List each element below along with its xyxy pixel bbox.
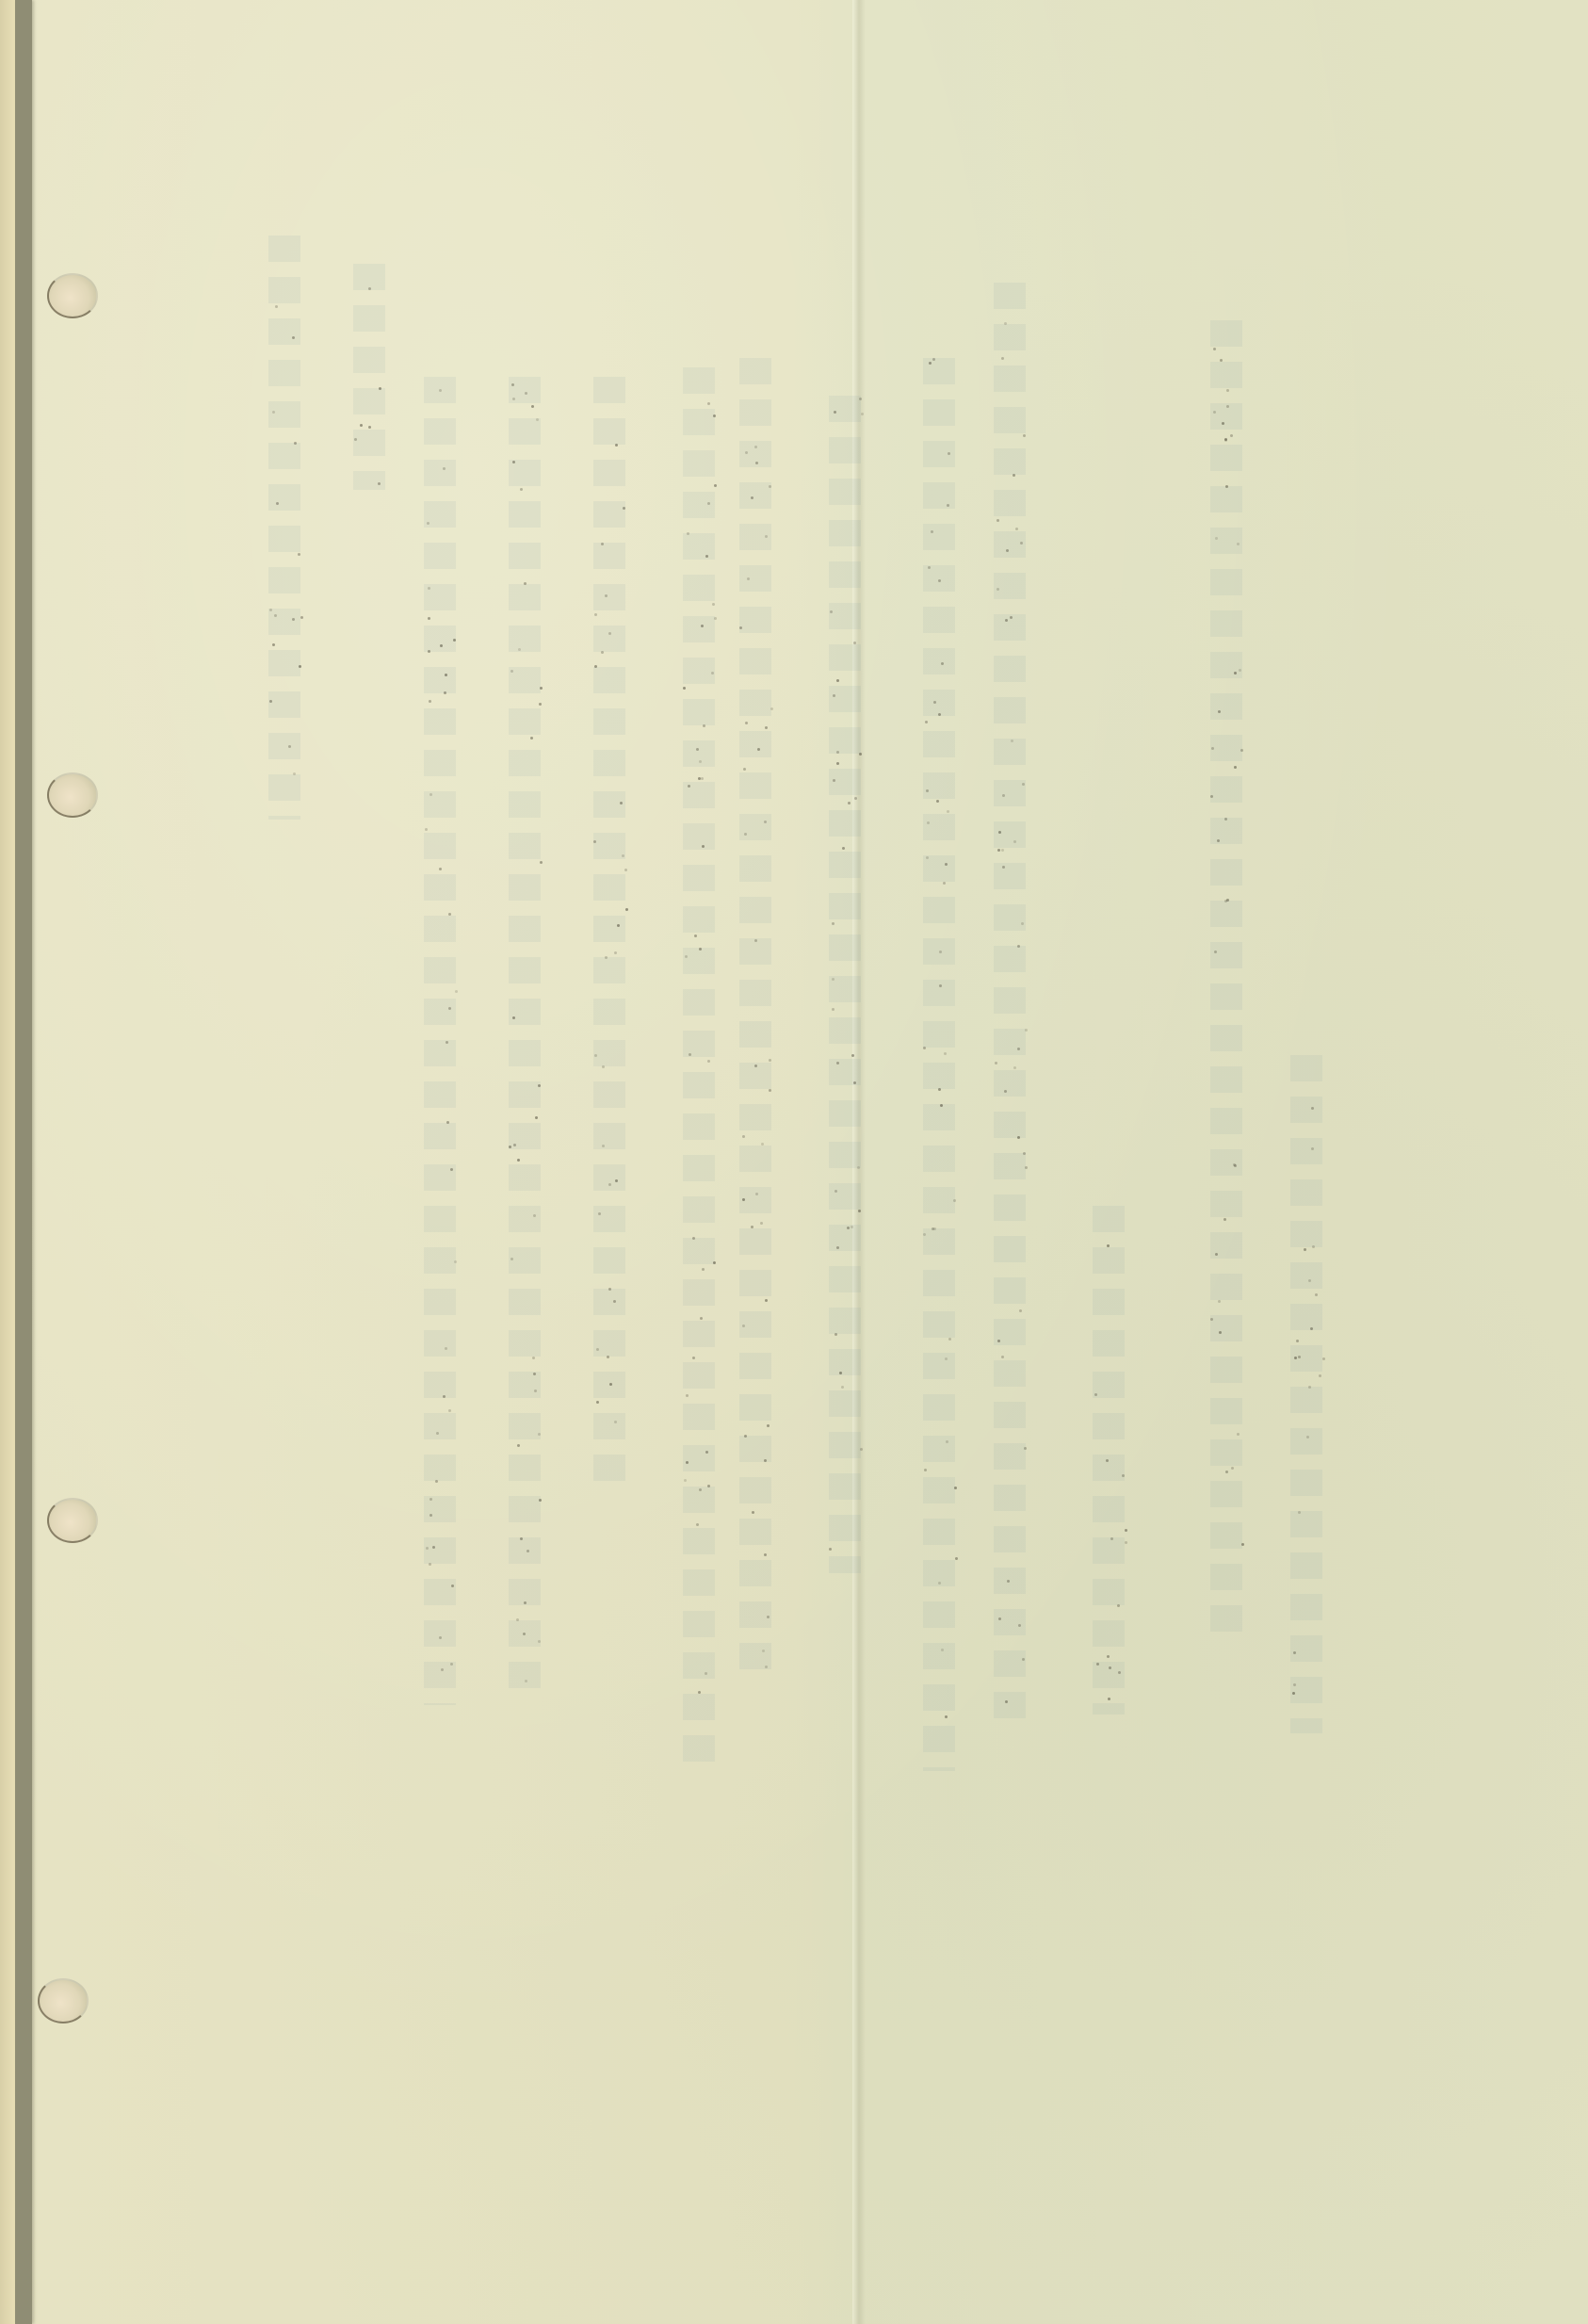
- paper-speck: [836, 1062, 839, 1064]
- paper-speck: [617, 924, 620, 927]
- paper-speck: [1025, 1166, 1028, 1169]
- paper-speck: [939, 951, 942, 953]
- paper-speck: [1013, 474, 1015, 477]
- paper-speck: [450, 1168, 453, 1171]
- paper-speck: [765, 1666, 768, 1668]
- paper-speck: [1211, 747, 1214, 750]
- paper-speck: [698, 1691, 701, 1694]
- paper-speck: [540, 687, 543, 690]
- binding-strip: [15, 0, 32, 2324]
- paper-speck: [446, 1121, 449, 1124]
- bleed-through-column: [424, 377, 456, 1705]
- paper-speck: [1292, 1692, 1295, 1695]
- paper-speck: [851, 1226, 853, 1228]
- paper-speck: [688, 785, 690, 788]
- punch-hole: [47, 1498, 98, 1543]
- paper-speck: [272, 643, 275, 646]
- paper-speck: [767, 1424, 770, 1427]
- paper-speck: [455, 990, 458, 993]
- paper-speck: [538, 1640, 541, 1643]
- bleed-through-column: [1290, 1055, 1322, 1733]
- paper-speck: [702, 845, 705, 848]
- paper-speck: [288, 745, 291, 748]
- paper-speck: [745, 722, 748, 724]
- paper-speck: [836, 751, 839, 754]
- paper-speck: [1002, 866, 1005, 869]
- paper-speck: [692, 1357, 695, 1359]
- paper-speck: [513, 1144, 516, 1146]
- paper-speck: [1304, 1248, 1306, 1251]
- paper-speck: [932, 358, 935, 361]
- paper-speck: [1117, 1604, 1120, 1607]
- paper-speck: [833, 694, 835, 697]
- paper-speck: [429, 1563, 431, 1566]
- paper-speck: [938, 1582, 941, 1585]
- paper-speck: [769, 1059, 771, 1062]
- paper-speck: [298, 553, 300, 556]
- paper-speck: [432, 1546, 435, 1549]
- paper-speck: [683, 687, 686, 690]
- paper-speck: [625, 908, 628, 911]
- paper-speck: [454, 1260, 457, 1263]
- paper-speck: [524, 582, 527, 585]
- paper-speck: [1308, 1279, 1311, 1282]
- paper-speck: [955, 1557, 958, 1560]
- paper-speck: [765, 726, 768, 729]
- paper-speck: [594, 613, 597, 616]
- paper-speck: [1310, 1327, 1313, 1330]
- paper-speck: [594, 1054, 597, 1057]
- page-edge: [0, 0, 15, 2324]
- paper-speck: [692, 1237, 695, 1240]
- paper-speck: [696, 1523, 699, 1526]
- paper-speck: [764, 1459, 767, 1462]
- paper-speck: [594, 665, 597, 668]
- paper-speck: [998, 831, 1001, 834]
- paper-speck: [1001, 357, 1004, 360]
- paper-speck: [839, 1372, 842, 1374]
- paper-speck: [835, 1190, 837, 1193]
- paper-speck: [533, 1373, 536, 1375]
- paper-speck: [743, 768, 746, 771]
- paper-speck: [1011, 739, 1013, 742]
- paper-speck: [939, 984, 942, 987]
- paper-speck: [517, 1444, 520, 1447]
- paper-speck: [711, 672, 714, 674]
- paper-speck: [1107, 1655, 1110, 1658]
- paper-speck: [851, 1054, 854, 1057]
- paper-speck: [858, 1210, 861, 1212]
- paper-speck: [760, 1222, 763, 1225]
- paper-speck: [453, 639, 456, 642]
- paper-speck: [707, 1485, 710, 1487]
- paper-speck: [751, 496, 753, 499]
- paper-speck: [1013, 840, 1016, 843]
- paper-speck: [945, 863, 948, 866]
- paper-speck: [1226, 389, 1229, 392]
- paper-speck: [684, 1479, 687, 1482]
- paper-speck: [540, 861, 543, 864]
- bleed-through-column: [683, 367, 715, 1771]
- paper-speck: [436, 1432, 439, 1435]
- paper-speck: [936, 800, 939, 803]
- paper-speck: [510, 1258, 513, 1260]
- paper-speck: [705, 1672, 707, 1675]
- paper-speck: [1319, 1374, 1321, 1377]
- paper-speck: [835, 1333, 837, 1336]
- paper-speck: [512, 398, 515, 400]
- paper-speck: [1308, 1386, 1311, 1389]
- paper-speck: [1125, 1541, 1127, 1544]
- bleed-through-column: [353, 264, 385, 490]
- paper-speck: [857, 1166, 860, 1169]
- paper-speck: [1106, 1459, 1109, 1462]
- paper-speck: [705, 555, 708, 558]
- paper-speck: [1022, 783, 1025, 786]
- paper-speck: [608, 1183, 611, 1186]
- paper-speck: [516, 1618, 519, 1621]
- bleed-through-column: [739, 358, 771, 1677]
- paper-speck: [1019, 1309, 1022, 1312]
- paper-speck: [938, 713, 941, 716]
- bleed-through-column: [268, 236, 300, 820]
- paper-speck: [765, 1299, 768, 1302]
- paper-speck: [995, 1062, 997, 1064]
- paper-speck: [745, 451, 748, 454]
- paper-speck: [762, 1650, 765, 1652]
- paper-speck: [446, 1041, 448, 1044]
- paper-speck: [1020, 542, 1023, 544]
- paper-speck: [932, 1227, 934, 1230]
- paper-speck: [933, 701, 936, 704]
- paper-speck: [535, 1116, 538, 1119]
- paper-speck: [860, 1448, 863, 1451]
- bleed-through-column: [509, 377, 541, 1696]
- paper-speck: [539, 703, 542, 706]
- paper-speck: [1322, 1357, 1325, 1360]
- paper-speck: [1226, 405, 1229, 408]
- bleed-through-column: [829, 396, 861, 1573]
- paper-speck: [938, 579, 941, 582]
- paper-speck: [1017, 945, 1020, 948]
- paper-speck: [1018, 1624, 1021, 1627]
- paper-speck: [755, 1193, 758, 1195]
- paper-speck: [1240, 749, 1243, 752]
- paper-speck: [1293, 1683, 1296, 1686]
- paper-speck: [707, 502, 710, 505]
- paper-speck: [429, 700, 431, 703]
- paper-speck: [1213, 411, 1216, 414]
- paper-speck: [947, 504, 949, 507]
- paper-speck: [948, 1338, 951, 1341]
- paper-speck: [602, 1145, 605, 1147]
- paper-speck: [1241, 1543, 1244, 1546]
- paper-speck: [938, 1088, 941, 1091]
- paper-speck: [926, 856, 929, 859]
- paper-speck: [1234, 766, 1237, 769]
- paper-speck: [742, 1198, 745, 1201]
- paper-speck: [426, 1547, 429, 1550]
- paper-speck: [923, 1047, 926, 1049]
- paper-speck: [1122, 1474, 1125, 1477]
- paper-speck: [531, 405, 534, 408]
- document-page: [0, 0, 1588, 2324]
- paper-speck: [1214, 951, 1217, 953]
- paper-speck: [834, 411, 836, 414]
- paper-speck: [696, 748, 699, 751]
- paper-speck: [624, 869, 627, 871]
- paper-speck: [954, 1487, 957, 1489]
- bleed-through-column: [593, 377, 625, 1488]
- paper-speck: [1210, 795, 1213, 798]
- paper-speck: [1294, 1357, 1297, 1359]
- paper-speck: [524, 1601, 527, 1604]
- paper-speck: [536, 418, 539, 421]
- paper-speck: [598, 1212, 601, 1215]
- paper-speck: [1237, 1433, 1240, 1436]
- paper-speck: [1225, 1471, 1228, 1473]
- paper-speck: [1025, 1029, 1028, 1032]
- paper-speck: [1010, 616, 1013, 619]
- paper-speck: [928, 566, 931, 569]
- paper-speck: [754, 1064, 757, 1067]
- paper-speck: [518, 648, 521, 651]
- punch-hole: [38, 1978, 89, 2023]
- paper-speck: [1224, 818, 1227, 821]
- bleed-through-column: [1210, 320, 1242, 1639]
- paper-speck: [1118, 1671, 1121, 1674]
- paper-speck: [924, 1469, 927, 1471]
- bleed-through-column: [994, 283, 1026, 1733]
- paper-speck: [539, 1499, 542, 1502]
- paper-speck: [1125, 1529, 1127, 1532]
- paper-speck: [945, 1357, 948, 1360]
- paper-speck: [443, 1395, 446, 1398]
- paper-speck: [832, 1008, 835, 1011]
- paper-speck: [946, 1440, 948, 1443]
- paper-speck: [861, 413, 864, 415]
- paper-speck: [615, 444, 618, 447]
- paper-speck: [770, 707, 773, 710]
- paper-speck: [699, 760, 702, 763]
- paper-speck: [702, 1268, 705, 1271]
- paper-speck: [926, 789, 929, 792]
- paper-speck: [428, 650, 430, 653]
- paper-speck: [948, 452, 950, 455]
- paper-speck: [699, 1488, 702, 1491]
- paper-speck: [517, 1159, 520, 1162]
- paper-speck: [523, 1633, 526, 1635]
- paper-speck: [300, 616, 303, 619]
- paper-speck: [512, 461, 515, 463]
- paper-speck: [714, 617, 717, 620]
- paper-speck: [853, 642, 856, 644]
- paper-speck: [744, 1435, 747, 1438]
- paper-speck: [1298, 1511, 1301, 1514]
- paper-speck: [354, 438, 357, 441]
- paper-speck: [764, 1553, 767, 1556]
- paper-speck: [538, 1433, 541, 1436]
- paper-speck: [272, 411, 275, 414]
- paper-speck: [694, 934, 697, 937]
- paper-speck: [1005, 619, 1008, 622]
- paper-speck: [707, 1060, 710, 1063]
- paper-speck: [428, 587, 430, 590]
- paper-speck: [441, 1668, 444, 1671]
- paper-speck: [1306, 1436, 1309, 1438]
- paper-speck: [1293, 1651, 1296, 1654]
- paper-speck: [713, 414, 716, 417]
- paper-speck: [714, 484, 717, 487]
- paper-speck: [602, 1065, 605, 1068]
- paper-speck: [757, 748, 760, 751]
- paper-speck: [512, 1016, 515, 1019]
- punch-hole: [47, 772, 98, 818]
- paper-speck: [1015, 528, 1018, 530]
- paper-speck: [1024, 1447, 1027, 1450]
- paper-speck: [511, 383, 514, 386]
- paper-speck: [1107, 1244, 1110, 1247]
- paper-speck: [707, 402, 710, 405]
- paper-speck: [947, 810, 949, 813]
- paper-speck: [769, 1089, 771, 1092]
- paper-speck: [1023, 1152, 1026, 1155]
- paper-speck: [1108, 1698, 1110, 1700]
- paper-speck: [1001, 849, 1004, 852]
- punch-hole: [47, 273, 98, 318]
- bleed-through-column: [923, 358, 955, 1771]
- paper-speck: [601, 651, 604, 654]
- paper-speck: [1017, 1136, 1020, 1139]
- paper-speck: [1005, 1700, 1008, 1703]
